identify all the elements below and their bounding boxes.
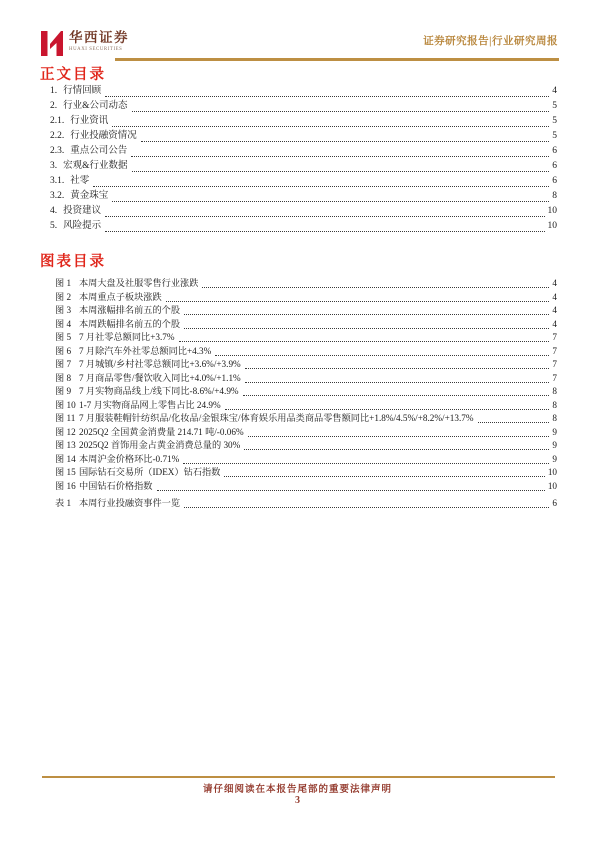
toc-entry-label: 社零 bbox=[70, 174, 89, 189]
dot-leader bbox=[157, 490, 545, 491]
toc-entry-label: 7 月实物商品线上/线下同比-8.6%/+4.9% bbox=[79, 385, 239, 399]
toc-entry[interactable]: 2.1. 行业资讯 5 bbox=[50, 114, 557, 129]
toc-entry-number: 图 14 bbox=[55, 453, 79, 467]
dot-leader bbox=[243, 395, 550, 396]
figures-title: 图表目录 bbox=[40, 250, 106, 271]
toc-entry-number: 3.2. bbox=[50, 189, 64, 204]
toc-entry-label: 行业投融资情况 bbox=[70, 129, 137, 144]
toc-entry-page: 10 bbox=[548, 204, 558, 219]
toc-entry-page: 4 bbox=[552, 84, 557, 99]
toc-entry[interactable]: 图 12 2025Q2 全国黄金消费量 214.71 吨/-0.06% 9 bbox=[55, 426, 557, 440]
toc-entry-label: 本周大盘及社服零售行业涨跌 bbox=[79, 277, 198, 291]
toc-entry-page: 9 bbox=[552, 439, 557, 453]
toc-entry-number: 图 15 bbox=[55, 466, 79, 480]
toc-entry-page: 6 bbox=[552, 174, 557, 189]
toc-entry[interactable]: 图 8 7 月商品零售/餐饮收入同比+4.0%/+1.1% 7 bbox=[55, 372, 557, 386]
toc-entry[interactable]: 2. 行业&公司动态 5 bbox=[50, 99, 557, 114]
toc-entry-number: 2. bbox=[50, 99, 57, 114]
toc-entry-page: 5 bbox=[552, 114, 557, 129]
dot-leader bbox=[184, 328, 549, 329]
dot-leader bbox=[179, 341, 550, 342]
toc-entry-page: 4 bbox=[552, 304, 557, 318]
toc-entry-label: 本周行业投融资事件一览 bbox=[79, 497, 180, 511]
report-page: 华西证券 HUAXI SECURITIES 证券研究报告|行业研究周报 正文目录… bbox=[0, 0, 595, 842]
footer-divider bbox=[42, 776, 555, 778]
dot-leader bbox=[132, 171, 550, 172]
dot-leader bbox=[166, 301, 550, 302]
toc-entry-number: 图 6 bbox=[55, 345, 79, 359]
toc-entry-number: 2.1. bbox=[50, 114, 64, 129]
toc-list: 1. 行情回顾 4 2. 行业&公司动态 5 2.1. 行业资讯 5 2.2. … bbox=[50, 84, 557, 234]
toc-entry[interactable]: 3. 宏观&行业数据 6 bbox=[50, 159, 557, 174]
toc-entry[interactable]: 图 15 国际钻石交易所（IDEX）钻石指数 10 bbox=[55, 466, 557, 480]
toc-entry-number: 图 13 bbox=[55, 439, 79, 453]
toc-entry-label: 中国钻石价格指数 bbox=[79, 480, 153, 494]
dot-leader bbox=[184, 314, 549, 315]
toc-entry-page: 7 bbox=[552, 372, 557, 386]
toc-entry-page: 4 bbox=[552, 291, 557, 305]
toc-entry[interactable]: 表 1 本周行业投融资事件一览 6 bbox=[55, 497, 557, 511]
page-number: 3 bbox=[0, 795, 595, 806]
toc-entry-label: 7 月社零总额同比+3.7% bbox=[79, 331, 175, 345]
toc-entry-label: 本周跌幅排名前五的个股 bbox=[79, 318, 180, 332]
toc-entry-label: 1-7 月实物商品网上零售占比 24.9% bbox=[79, 399, 221, 413]
toc-entry-number: 1. bbox=[50, 84, 57, 99]
toc-entry[interactable]: 图 2 本周重点子板块涨跌 4 bbox=[55, 291, 557, 305]
toc-entry-label: 7 月城镇/乡村社零总额同比+3.6%/+3.9% bbox=[79, 358, 241, 372]
dot-leader bbox=[112, 126, 549, 127]
huaxi-logo-icon bbox=[40, 30, 64, 57]
toc-entry-page: 5 bbox=[552, 99, 557, 114]
toc-entry-page: 7 bbox=[552, 331, 557, 345]
toc-entry-number: 图 1 bbox=[55, 277, 79, 291]
toc-entry[interactable]: 图 1 本周大盘及社服零售行业涨跌 4 bbox=[55, 277, 557, 291]
toc-entry-number: 图 7 bbox=[55, 358, 79, 372]
figures-list: 图 1 本周大盘及社服零售行业涨跌 4 图 2 本周重点子板块涨跌 4 图 3 … bbox=[55, 277, 557, 493]
toc-entry-number: 图 10 bbox=[55, 399, 79, 413]
toc-entry[interactable]: 图 14 本周沪金价格环比-0.71% 9 bbox=[55, 453, 557, 467]
toc-entry-number: 图 11 bbox=[55, 412, 79, 426]
toc-entry[interactable]: 图 4 本周跌幅排名前五的个股 4 bbox=[55, 318, 557, 332]
dot-leader bbox=[132, 111, 550, 112]
toc-entry-label: 投资建议 bbox=[63, 204, 101, 219]
toc-entry-label: 2025Q2 首饰用金占黄金消费总量的 30% bbox=[79, 439, 240, 453]
toc-entry-label: 7 月服装鞋帽针纺织品/化妆品/金银珠宝/体育娱乐用品类商品零售额同比+1.8%… bbox=[79, 412, 474, 426]
dot-leader bbox=[202, 287, 549, 288]
toc-entry[interactable]: 3.1. 社零 6 bbox=[50, 174, 557, 189]
toc-entry-page: 4 bbox=[552, 318, 557, 332]
toc-entry-number: 2.3. bbox=[50, 144, 64, 159]
toc-entry-page: 9 bbox=[552, 426, 557, 440]
dot-leader bbox=[245, 382, 550, 383]
header-divider bbox=[115, 58, 559, 61]
toc-entry-label: 2025Q2 全国黄金消费量 214.71 吨/-0.06% bbox=[79, 426, 244, 440]
toc-entry-number: 4. bbox=[50, 204, 57, 219]
toc-entry-number: 3.1. bbox=[50, 174, 64, 189]
toc-entry[interactable]: 图 13 2025Q2 首饰用金占黄金消费总量的 30% 9 bbox=[55, 439, 557, 453]
toc-entry-label: 本周重点子板块涨跌 bbox=[79, 291, 162, 305]
toc-entry-label: 宏观&行业数据 bbox=[63, 159, 127, 174]
dot-leader bbox=[224, 476, 544, 477]
toc-entry-number: 表 1 bbox=[55, 497, 79, 511]
toc-entry[interactable]: 4. 投资建议 10 bbox=[50, 204, 557, 219]
dot-leader bbox=[105, 231, 544, 232]
toc-entry-page: 10 bbox=[548, 480, 557, 494]
toc-entry-label: 风险提示 bbox=[63, 219, 101, 234]
toc-entry-page: 8 bbox=[552, 412, 557, 426]
toc-entry-page: 6 bbox=[552, 144, 557, 159]
toc-entry[interactable]: 图 7 7 月城镇/乡村社零总额同比+3.6%/+3.9% 7 bbox=[55, 358, 557, 372]
toc-entry[interactable]: 图 3 本周涨幅排名前五的个股 4 bbox=[55, 304, 557, 318]
toc-entry-number: 图 12 bbox=[55, 426, 79, 440]
toc-entry-page: 8 bbox=[552, 189, 557, 204]
toc-entry-page: 4 bbox=[552, 277, 557, 291]
toc-entry[interactable]: 2.3. 重点公司公告 6 bbox=[50, 144, 557, 159]
legal-notice: 请仔细阅读在本报告尾部的重要法律声明 bbox=[0, 781, 595, 795]
toc-entry-label: 本周沪金价格环比-0.71% bbox=[79, 453, 179, 467]
dot-leader bbox=[244, 449, 549, 450]
toc-entry[interactable]: 3.2. 黄金珠宝 8 bbox=[50, 189, 557, 204]
dot-leader bbox=[245, 368, 550, 369]
toc-entry[interactable]: 2.2. 行业投融资情况 5 bbox=[50, 129, 557, 144]
dot-leader bbox=[215, 355, 549, 356]
toc-entry-page: 6 bbox=[552, 497, 557, 511]
toc-entry-number: 3. bbox=[50, 159, 57, 174]
toc-entry[interactable]: 1. 行情回顾 4 bbox=[50, 84, 557, 99]
toc-entry-label: 行情回顾 bbox=[63, 84, 101, 99]
brand-name: 华西证券 bbox=[69, 30, 129, 46]
toc-entry-label: 黄金珠宝 bbox=[70, 189, 108, 204]
toc-entry[interactable]: 图 9 7 月实物商品线上/线下同比-8.6%/+4.9% 8 bbox=[55, 385, 557, 399]
dot-leader bbox=[248, 436, 550, 437]
toc-entry-number: 图 2 bbox=[55, 291, 79, 305]
toc-entry[interactable]: 图 6 7 月除汽车外社零总额同比+4.3% 7 bbox=[55, 345, 557, 359]
brand-subtitle: HUAXI SECURITIES bbox=[69, 46, 129, 53]
toc-entry-label: 重点公司公告 bbox=[70, 144, 127, 159]
dot-leader bbox=[131, 156, 549, 157]
toc-entry-number: 图 4 bbox=[55, 318, 79, 332]
dot-leader bbox=[105, 216, 544, 217]
toc-entry-label: 行业资讯 bbox=[70, 114, 108, 129]
toc-entry-page: 10 bbox=[548, 466, 557, 480]
dot-leader bbox=[112, 201, 549, 202]
toc-entry-number: 5. bbox=[50, 219, 57, 234]
toc-entry-page: 7 bbox=[552, 345, 557, 359]
toc-entry-number: 图 5 bbox=[55, 331, 79, 345]
dot-leader bbox=[183, 463, 549, 464]
dot-leader bbox=[478, 422, 550, 423]
toc-entry-label: 本周涨幅排名前五的个股 bbox=[79, 304, 180, 318]
toc-entry[interactable]: 5. 风险提示 10 bbox=[50, 219, 557, 234]
dot-leader bbox=[93, 186, 549, 187]
toc-entry[interactable]: 图 10 1-7 月实物商品网上零售占比 24.9% 8 bbox=[55, 399, 557, 413]
huaxi-logo: 华西证券 HUAXI SECURITIES bbox=[40, 30, 129, 57]
dot-leader bbox=[184, 507, 549, 508]
dot-leader bbox=[225, 409, 550, 410]
toc-entry-page: 7 bbox=[552, 358, 557, 372]
toc-entry[interactable]: 图 11 7 月服装鞋帽针纺织品/化妆品/金银珠宝/体育娱乐用品类商品零售额同比… bbox=[55, 412, 557, 426]
toc-entry-page: 9 bbox=[552, 453, 557, 467]
toc-entry-label: 行业&公司动态 bbox=[63, 99, 127, 114]
toc-title: 正文目录 bbox=[40, 63, 106, 84]
dot-leader bbox=[141, 141, 549, 142]
dot-leader bbox=[105, 96, 549, 97]
toc-entry-label: 7 月商品零售/餐饮收入同比+4.0%/+1.1% bbox=[79, 372, 241, 386]
toc-entry-page: 8 bbox=[552, 399, 557, 413]
tables-list: 表 1 本周行业投融资事件一览 6 bbox=[55, 497, 557, 511]
toc-entry-page: 10 bbox=[548, 219, 558, 234]
toc-entry[interactable]: 图 16 中国钻石价格指数 10 bbox=[55, 480, 557, 494]
toc-entry-number: 图 3 bbox=[55, 304, 79, 318]
toc-entry-label: 国际钻石交易所（IDEX）钻石指数 bbox=[79, 466, 220, 480]
toc-entry-page: 6 bbox=[552, 159, 557, 174]
toc-entry-page: 5 bbox=[552, 129, 557, 144]
toc-entry-number: 2.2. bbox=[50, 129, 64, 144]
toc-entry[interactable]: 图 5 7 月社零总额同比+3.7% 7 bbox=[55, 331, 557, 345]
toc-entry-label: 7 月除汽车外社零总额同比+4.3% bbox=[79, 345, 211, 359]
toc-entry-number: 图 9 bbox=[55, 385, 79, 399]
toc-entry-number: 图 8 bbox=[55, 372, 79, 386]
report-type-label: 证券研究报告|行业研究周报 bbox=[423, 33, 558, 48]
toc-entry-page: 8 bbox=[552, 385, 557, 399]
toc-entry-number: 图 16 bbox=[55, 480, 79, 494]
